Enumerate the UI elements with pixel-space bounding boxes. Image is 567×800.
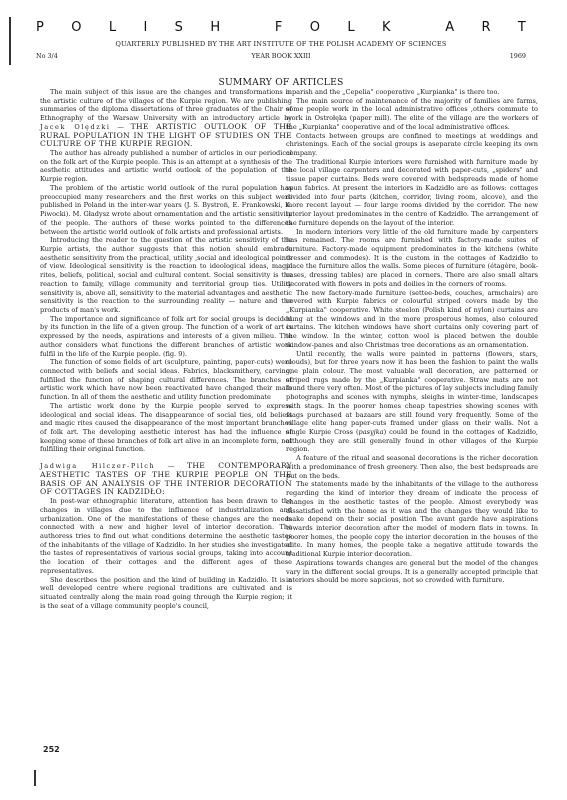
masthead-letter: L	[347, 20, 354, 38]
right-column: a parish and the „Cepelia" cooperative „…	[286, 88, 538, 585]
masthead-letter: H	[210, 20, 220, 38]
paragraph: The new factory-made furniture (settee-b…	[286, 289, 538, 350]
scan-edge-mark-bottom	[34, 770, 36, 786]
masthead-letter: S	[175, 20, 183, 38]
paragraph-text: Until recently, the walls were painted i…	[286, 350, 538, 436]
masthead-letter: L	[109, 20, 116, 38]
article-heading: Jadwiga Hilczer-Pilch — THE CONTEMPORARY…	[40, 462, 292, 497]
paragraph: In modern interiors very little of the o…	[286, 228, 538, 289]
paragraph-text: The main subject of this issue are the c…	[40, 88, 292, 122]
paragraph: Until recently, the walls were painted i…	[286, 350, 538, 455]
issue-number: No 3/4	[36, 52, 58, 60]
year-book: YEAR BOOK XXIII	[36, 52, 526, 60]
paragraph: The main source of maintenance of the ma…	[286, 97, 538, 132]
page-number: 252	[43, 745, 60, 754]
scan-edge-mark	[9, 17, 11, 65]
issue-year: 1969	[510, 52, 526, 60]
paragraph: The main subject of this issue are the c…	[40, 88, 292, 149]
paragraph: The author has already published a numbe…	[40, 149, 292, 184]
paragraph: Contacts between groups are confined to …	[286, 132, 538, 158]
masthead-letter: F	[275, 20, 282, 38]
paragraph: The function of some fields of art (scul…	[40, 358, 292, 402]
masthead-letter: O	[71, 20, 81, 38]
paragraph: The importance and significance of folk …	[40, 315, 292, 359]
journal-masthead: P O L I S H F O L K A R T	[36, 20, 526, 38]
masthead-letter: P	[36, 20, 44, 38]
paragraph: Introducing the reader to the question o…	[40, 236, 292, 314]
journal-subtitle: QUARTERLY PUBLISHED BY THE ART INSTITUTE…	[36, 40, 526, 48]
section-title: SUMMARY OF ARTICLES	[36, 77, 526, 88]
masthead-letter: T	[518, 20, 526, 38]
paragraph: The artistic work done by the Kurpie peo…	[40, 402, 292, 454]
masthead-letter: I	[143, 20, 147, 38]
paragraph: The traditional Kurpie interiors were fu…	[286, 158, 538, 228]
masthead-letter: A	[445, 20, 454, 38]
masthead-letter: K	[382, 20, 391, 38]
paragraph: The problem of the artistic world outloo…	[40, 184, 292, 236]
paragraph: Aspirations towards changes are general …	[286, 559, 538, 585]
paragraph: The statements made by the inhabitants o…	[286, 480, 538, 558]
masthead-letter: O	[310, 20, 320, 38]
left-column: The main subject of this issue are the c…	[40, 88, 292, 610]
italic-term: pasyjka	[359, 428, 384, 436]
paragraph: A feature of the ritual and seasonal dec…	[286, 454, 538, 480]
paragraph: In post-war ethnographic literature, att…	[40, 497, 292, 575]
issue-info-row: YEAR BOOK XXIII No 3/4 1969	[36, 52, 526, 62]
masthead-letter: R	[482, 20, 491, 38]
paragraph: She describes the position and the kind …	[40, 576, 292, 611]
paragraph: a parish and the „Cepelia" cooperative „…	[286, 88, 538, 97]
